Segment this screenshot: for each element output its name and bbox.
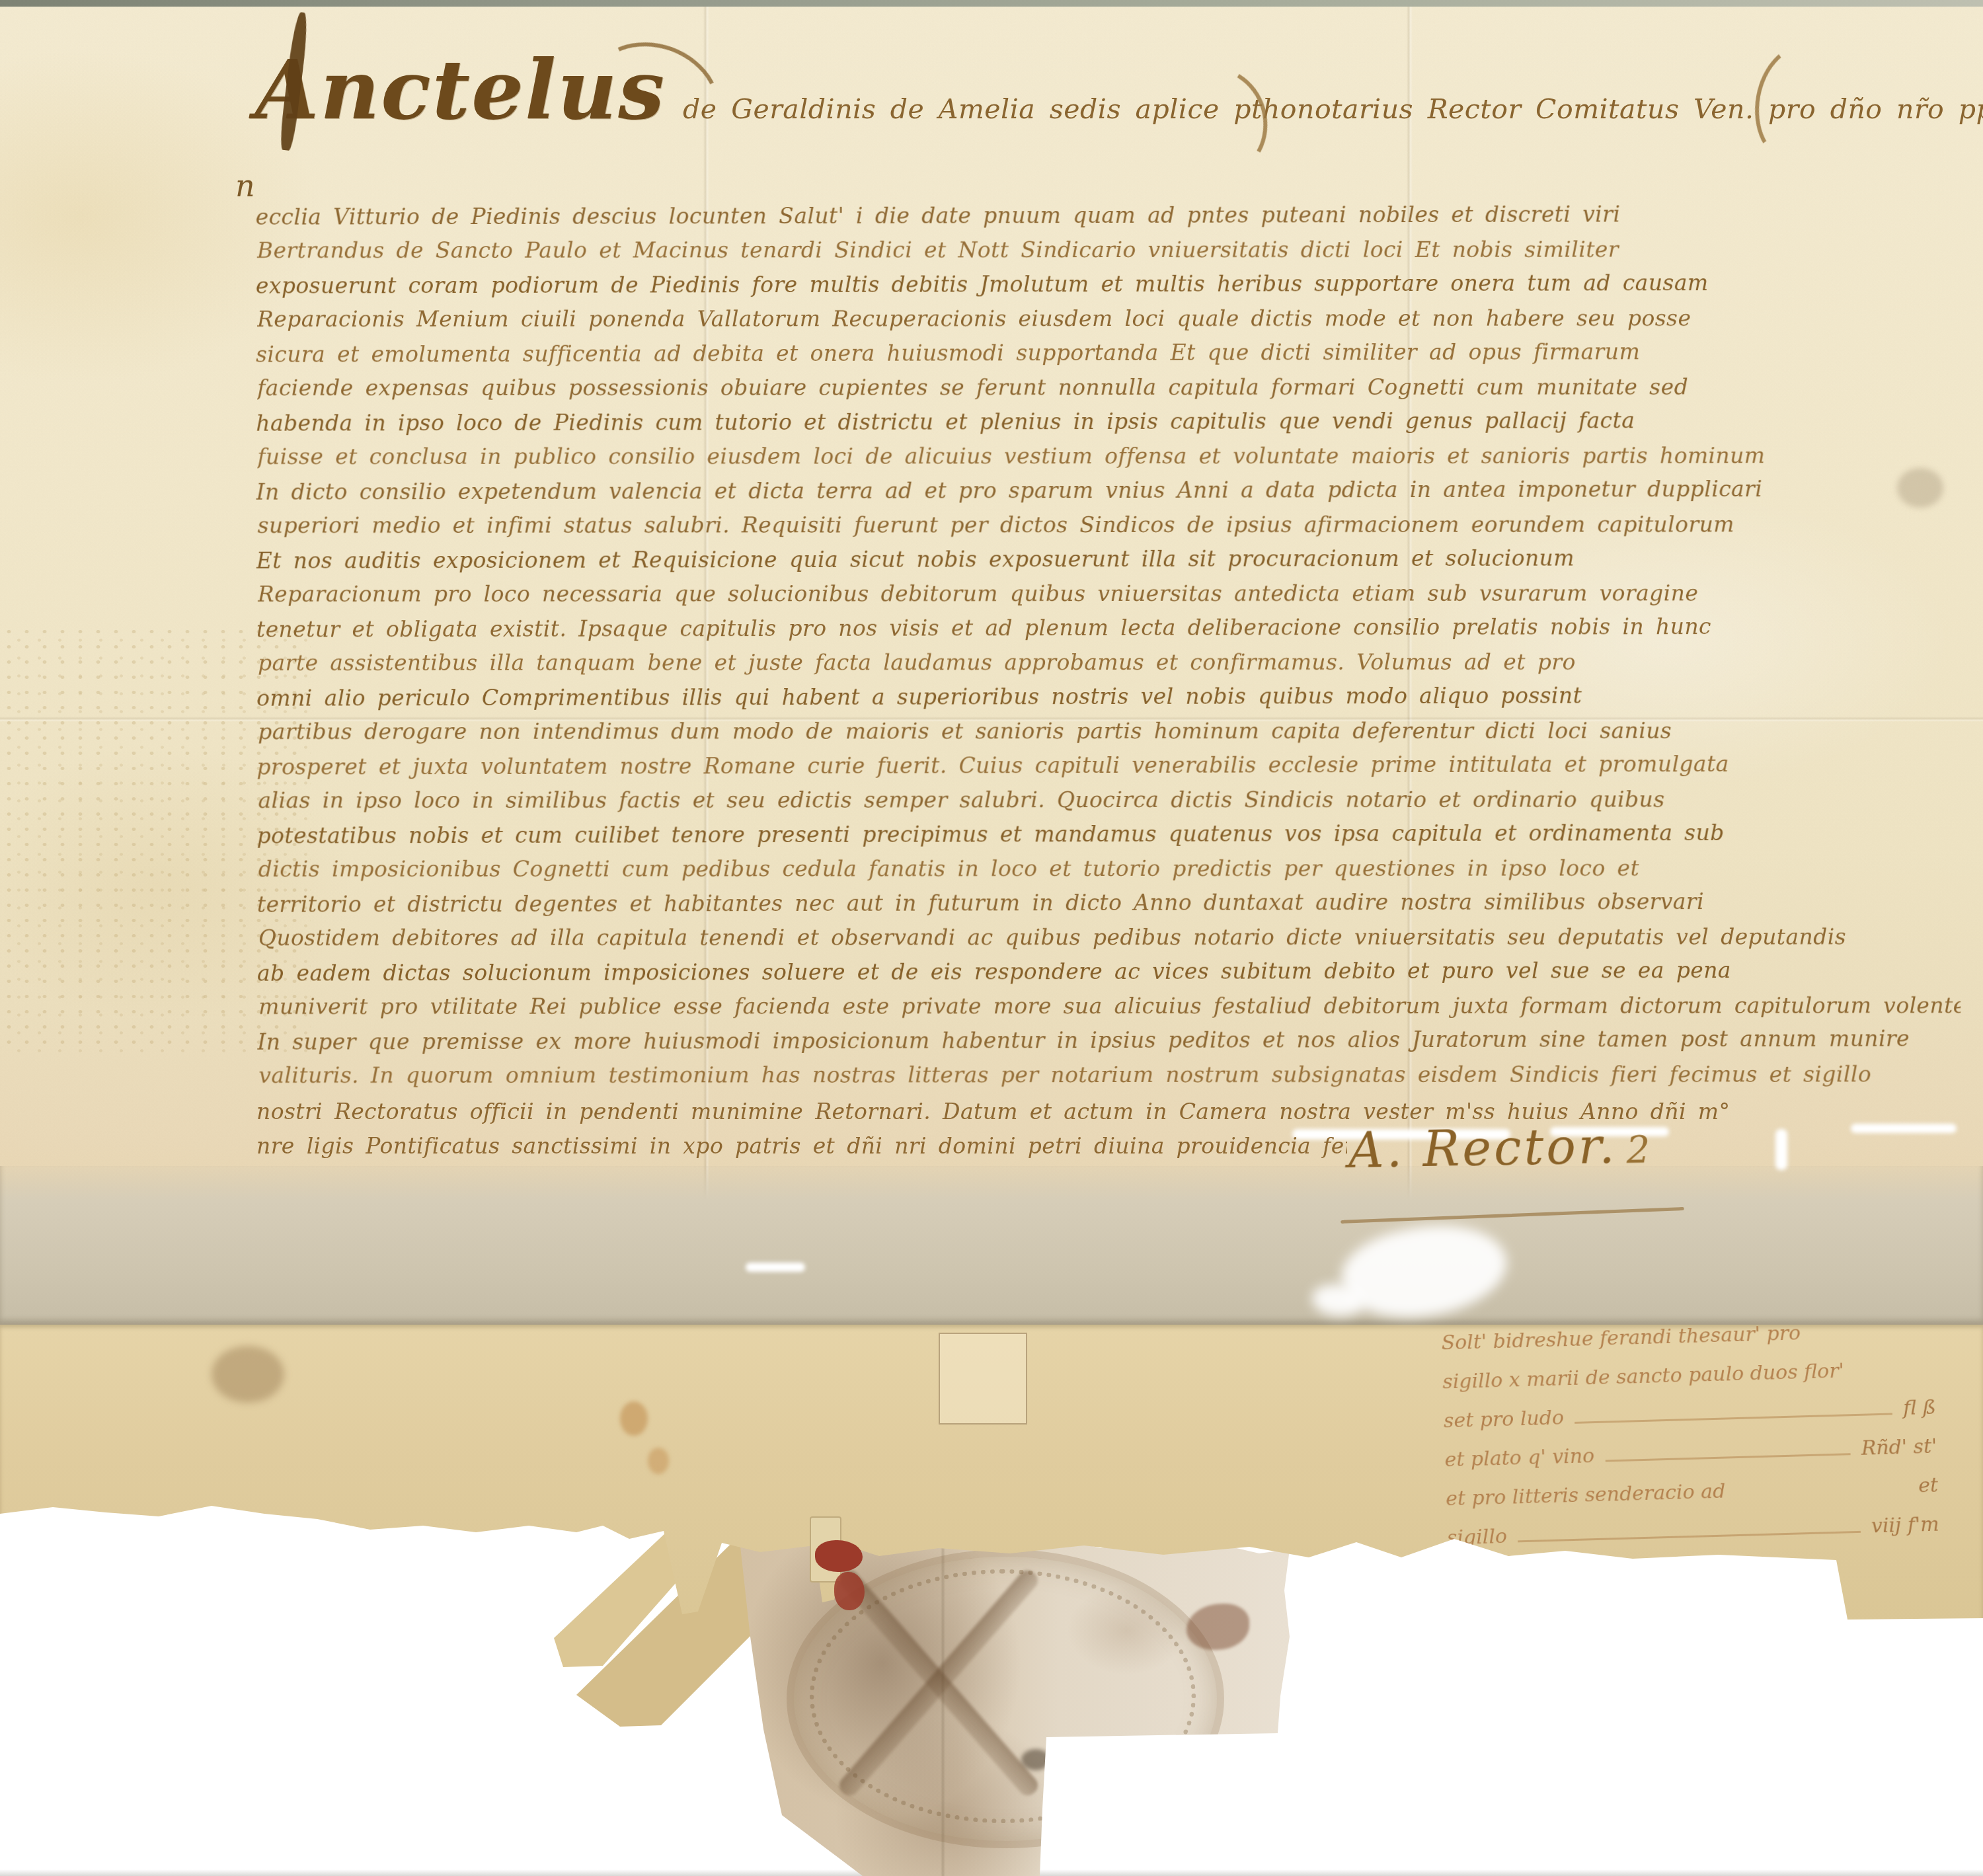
fold-back-band — [0, 1166, 1983, 1325]
fee-note-amount: et — [1918, 1474, 1939, 1498]
body-text-line: tenetur et obligata existit. Ipsaque cap… — [256, 609, 1959, 646]
opening-line: Anctelus de Geraldinis de Amelia sedis a… — [255, 42, 1983, 138]
body-text-line: In dicto consilio expetendum valencia et… — [256, 471, 1958, 509]
margin-letter: n — [235, 168, 255, 204]
seal-paper-square — [730, 1531, 1296, 1876]
fee-note-text: set pro ludo — [1443, 1406, 1564, 1432]
fee-note-leader-line — [1518, 1531, 1861, 1542]
scanned-medieval-charter: { "document": { "margin_letter": "n", "i… — [0, 0, 1983, 1876]
body-text-line: omni alio periculo Comprimentibus illis … — [256, 678, 1959, 715]
fee-note-leader-line — [1575, 1413, 1892, 1423]
red-wax-fragment — [815, 1540, 863, 1572]
body-text-line: parte assistentibus illa tanquam bene et… — [258, 645, 1960, 680]
signature-text: A. Rector. — [1348, 1118, 1617, 1179]
fee-note-amount: Rñd' st' — [1861, 1435, 1937, 1460]
fee-note-amount: fl ß — [1903, 1396, 1937, 1420]
crease-glare — [1851, 1124, 1957, 1133]
fee-note-leader-line — [1844, 1375, 1935, 1378]
body-text-line: Reparacionum pro loco necessaria que sol… — [258, 576, 1960, 611]
body-text-line: habenda in ipso loco de Piedinis cum tut… — [256, 403, 1958, 440]
parchment-sheet: n Anctelus de Geraldinis de Amelia sedis… — [0, 5, 1983, 1626]
body-text-line: In super que premisse ex more huiusmodi … — [257, 1021, 1959, 1059]
body-text-line: Bertrandus de Sancto Paulo et Macinus te… — [257, 232, 1959, 268]
body-text-line: potestatibus nobis et cum cuilibet tenor… — [257, 815, 1959, 853]
fee-note-amount: viij f'm — [1871, 1513, 1939, 1538]
chancery-fee-notes: Solt' bidreshue ferandi thesaur' pro sig… — [1441, 1318, 1940, 1566]
body-text-line: muniverit pro vtilitate Rei publice esse… — [258, 988, 1961, 1024]
body-text-line: superiori medio et infimi status salubri… — [258, 507, 1960, 543]
body-text-line: partibus derogare non intendimus dum mod… — [258, 713, 1960, 749]
body-text-line: Quostidem debitores ad illa capitula ten… — [258, 919, 1961, 955]
body-text-line: territorio et districtu degentes et habi… — [257, 884, 1959, 921]
body-text-line: ab eadem dictas solucionum imposiciones … — [257, 953, 1959, 990]
fee-note-leader-line — [1801, 1336, 1933, 1340]
body-text-line: prosperet et juxta voluntatem nostre Rom… — [256, 746, 1959, 784]
final-clause-line: nre ligis Pontificatus sanctissimi in xp… — [256, 1133, 1347, 1159]
crease-glare — [1775, 1129, 1787, 1170]
body-text-line: dictis imposicionibus Cognetti cum pedib… — [258, 851, 1961, 886]
dating-clause-line: nostri Rectoratus officii in pendenti mu… — [256, 1099, 1959, 1124]
body-text-line: Et nos auditis exposicionem et Requisici… — [256, 540, 1959, 578]
body-text-line: ecclia Vitturio de Piedinis descius locu… — [256, 196, 1958, 234]
body-text-line: faciende expensas quibus possessionis ob… — [257, 370, 1959, 405]
fee-note-text: sigillo — [1446, 1525, 1507, 1550]
body-text-line: exposuerunt coram podiorum de Piedinis f… — [256, 265, 1958, 303]
charter-body-text: ecclia Vitturio de Piedinis descius locu… — [256, 196, 1960, 1093]
seal-tag-slit — [939, 1333, 1027, 1425]
red-wax-fragment — [834, 1572, 865, 1610]
body-text-line: valituris. In quorum omnium testimonium … — [258, 1057, 1961, 1093]
signature-flourish: 2 — [1626, 1128, 1653, 1172]
rector-signature: A. Rector.2 — [1348, 1117, 1653, 1179]
fee-note-text: et plato q' vino — [1444, 1444, 1594, 1471]
body-text-line: fuisse et conclusa in publico consilio e… — [257, 438, 1959, 474]
body-text-line: sicura et emolumenta sufficentia ad debi… — [256, 334, 1958, 371]
body-text-line: Reparacionis Menium ciuili ponenda Valla… — [257, 301, 1959, 336]
ink-smudge — [1186, 1604, 1249, 1650]
fee-note-leader-line — [1726, 1492, 1919, 1497]
seal-stain — [1021, 1749, 1050, 1770]
body-text-line: alias in ipso loco in similibus factis e… — [258, 782, 1960, 818]
fee-note-leader-line — [1605, 1453, 1851, 1462]
